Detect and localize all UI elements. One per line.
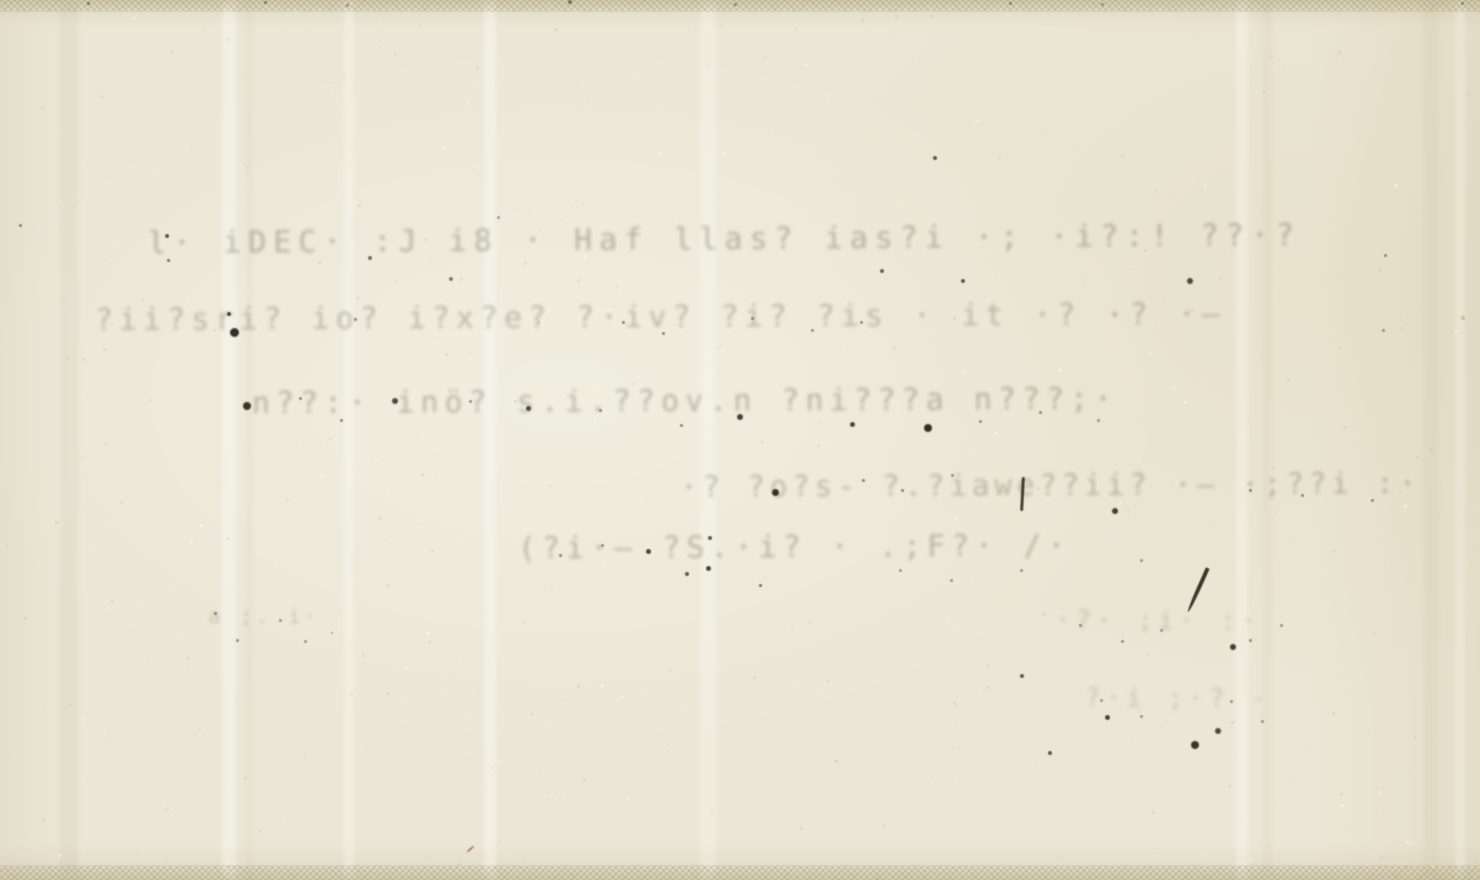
ink-speck [469,400,472,403]
scanned-document-page: l· iDEC· :J i8 · Haf llas? ias?i ·; ·i?:… [0,0,1480,880]
ink-speck [1100,699,1103,702]
ink-speck [708,536,712,540]
ink-speck [1249,639,1252,642]
ink-speck [680,424,683,427]
ink-speck [899,569,902,572]
ink-speck [1187,278,1193,284]
typewritten-line-7: ?·i ;·? · [1085,683,1271,715]
scan-edge-texture-bottom [0,865,1480,880]
ink-speck [1215,728,1221,734]
ink-speck [1079,624,1082,627]
ink-speck [214,612,217,615]
typewritten-line-1: l· iDEC· :J i8 · Haf llas? ias?i ·; ·i?:… [148,218,1301,261]
ink-speck [1461,2,1464,5]
ink-speck [264,1,267,4]
paper-streak [246,0,252,880]
ink-speck [346,4,349,7]
typewritten-line-4: ·? ?o?s- ?.?iawe??ii? ·– ·;??i :· [680,466,1421,504]
ink-speck [751,317,754,320]
ink-speck [1140,715,1143,718]
ink-speck [961,279,965,283]
paper-streak [1236,0,1248,880]
ink-speck [165,234,169,238]
ink-speck [230,328,239,337]
ink-speck [706,566,711,571]
paper-grain-light [0,0,1,1]
paper-streak [60,0,78,880]
ink-speck [1009,2,1012,5]
ink-speck [1112,508,1118,514]
ink-speck [662,332,665,335]
ink-speck [87,2,90,5]
ink-speck [1097,419,1100,422]
ink-speck [299,397,302,400]
ink-speck [811,329,814,332]
ink-speck [979,420,982,423]
paper-streak [484,0,496,880]
ink-speck [1105,715,1110,720]
ink-speck [1121,640,1124,643]
paper-streak [344,0,354,880]
ink-speck [737,414,743,420]
ink-speck [1140,559,1143,562]
red-tick [466,845,474,853]
paper-streak [1424,0,1438,880]
ink-speck [601,544,604,547]
violet-speck [497,216,500,219]
ink-speck [568,0,572,4]
paper-grain-dark [0,0,1,1]
ink-speck [1020,674,1024,678]
ink-speck [1191,741,1199,749]
ink-speck [772,489,779,496]
ink-speck [1301,494,1304,497]
ink-speck [236,639,239,642]
scan-edge-texture-top [0,0,1480,12]
ink-speck [1039,411,1042,414]
paper-streak [1455,0,1465,880]
typewritten-line-2: ?ii?sri? io? i?x?e? ?·iv? ?i? ?is · it ·… [95,297,1226,338]
ink-speck [933,156,937,160]
ink-speck [331,632,333,634]
ink-speck [167,259,170,262]
ink-stroke [1186,567,1209,612]
ink-speck [1048,751,1052,755]
ink-speck [19,224,22,227]
ink-speck [901,489,904,492]
ink-speck [734,3,737,6]
typewritten-line-3: n??:· inö? s.i.??ov.n ?ni???a n???;· [252,382,1118,422]
ink-speck [1280,624,1283,627]
ink-speck [924,424,932,432]
ink-speck [304,640,307,643]
ink-speck [862,479,865,482]
ink-speck [759,584,762,587]
ink-speck [449,277,453,281]
ink-speck [1382,329,1385,332]
ink-speck [559,554,562,557]
ink-speck [599,409,602,412]
ink-speck [243,402,251,410]
ink-speck [1371,499,1374,502]
ink-speck [1261,720,1264,723]
ink-speck [340,419,343,422]
ink-speck [526,406,531,411]
ink-speck [880,269,884,273]
paper-streak [222,0,236,880]
ink-speck [1020,569,1023,572]
paper-streak [700,0,716,880]
typewritten-line-5: (?i·– ?S.·i? · .;F?· /· [518,529,1072,567]
ink-speck [646,549,651,554]
ink-speck [1101,3,1104,6]
ink-speck [368,256,372,260]
ink-speck [279,619,282,622]
ink-stroke [1020,477,1025,511]
ink-speck [227,312,231,316]
ink-speck [860,321,863,324]
ink-speck [392,398,398,404]
ink-speck [850,422,855,427]
orange-speck [1461,316,1465,320]
typewritten-line-6: ·?· ;i· :· [1055,605,1262,637]
ink-speck [951,474,954,477]
paper-streak [1262,0,1272,880]
yellow-speck [537,321,540,324]
ink-speck [685,572,689,576]
typewritten-line-8: a ;. i· [208,604,320,628]
ink-speck [354,318,357,321]
ink-speck [1384,254,1387,257]
ink-speck [1230,644,1236,650]
ink-speck [1230,700,1233,703]
ink-speck [1160,629,1163,632]
ink-speck [950,579,953,582]
ink-speck [1249,489,1252,492]
ink-speck [622,321,625,324]
